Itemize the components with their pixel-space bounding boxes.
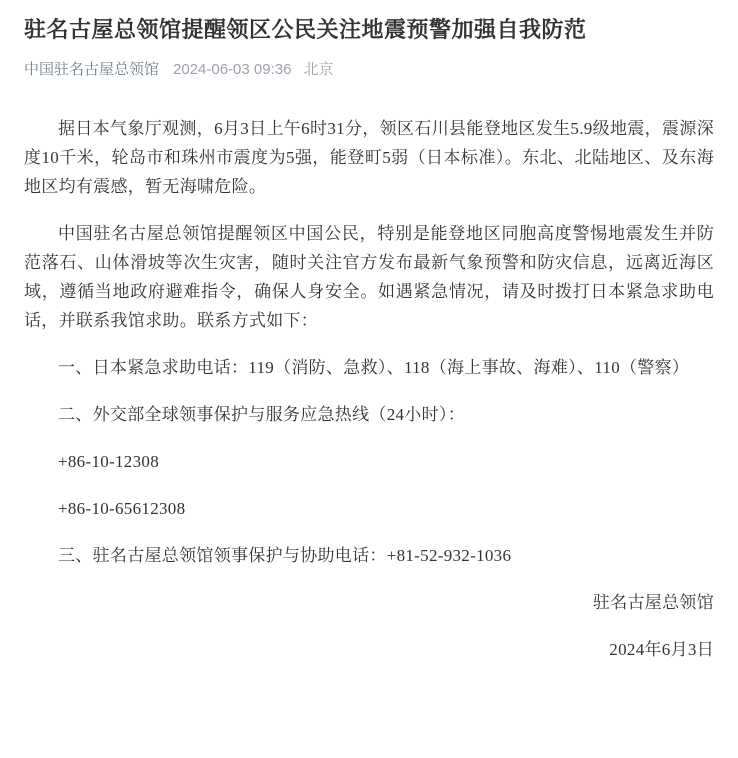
article-meta: 中国驻名古屋总领馆2024-06-03 09:36北京 <box>24 60 714 80</box>
article-title: 驻名古屋总领馆提醒领区公民关注地震预警加强自我防范 <box>24 14 714 46</box>
paragraph-consulate-hotline: 三、驻名古屋总领馆领事保护与协助电话：+81-52-932-1036 <box>24 541 714 570</box>
paragraph-mfa-hotline-heading: 二、外交部全球领事保护与服务应急热线（24小时）： <box>24 400 714 429</box>
publish-datetime: 2024-06-03 09:36 <box>173 61 291 78</box>
publish-location: 北京 <box>303 61 333 78</box>
article-body: 据日本气象厅观测，6月3日上午6时31分，领区石川县能登地区发生5.9级地震，震… <box>24 114 714 664</box>
paragraph-hotline-number-1: +86-10-12308 <box>24 447 714 476</box>
paragraph-advisory: 中国驻名古屋总领馆提醒领区中国公民，特别是能登地区同胞高度警惕地震发生并防范落石… <box>24 219 714 335</box>
signature-date: 2024年6月3日 <box>24 635 714 664</box>
source-account-link[interactable]: 中国驻名古屋总领馆 <box>24 61 159 78</box>
paragraph-earthquake-report: 据日本气象厅观测，6月3日上午6时31分，领区石川县能登地区发生5.9级地震，震… <box>24 114 714 201</box>
paragraph-hotline-number-2: +86-10-65612308 <box>24 494 714 523</box>
article-page: 驻名古屋总领馆提醒领区公民关注地震预警加强自我防范 中国驻名古屋总领馆2024-… <box>0 0 738 664</box>
signature: 驻名古屋总领馆 <box>24 588 714 617</box>
paragraph-japan-emergency-numbers: 一、日本紧急求助电话：119（消防、急救）、118（海上事故、海难）、110（警… <box>24 353 714 382</box>
